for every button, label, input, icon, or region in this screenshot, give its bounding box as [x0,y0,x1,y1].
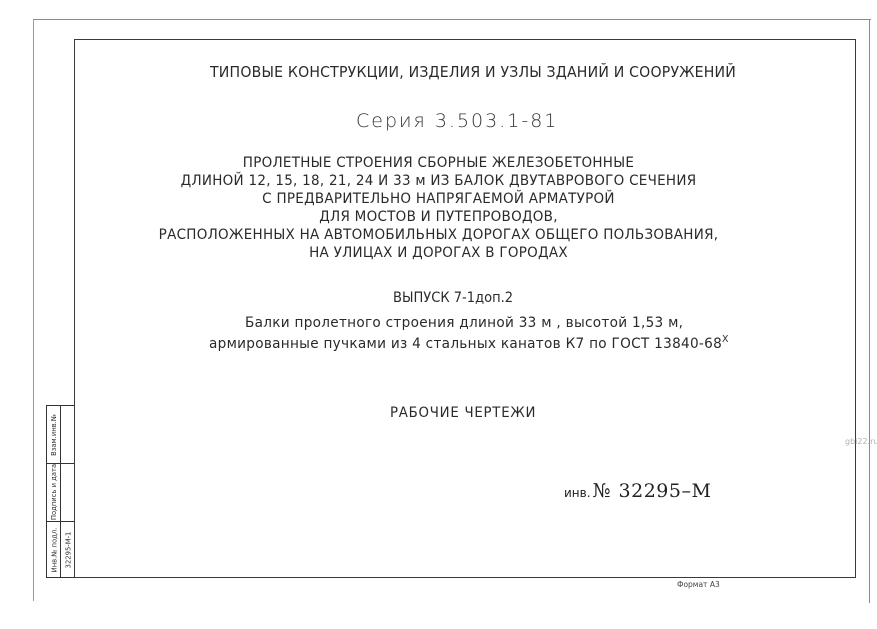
watermark: gbi22.ru [845,437,877,446]
side-stamp: Взам.инв.№ Подпись и дата Инв.№ подл. 32… [46,405,74,578]
description-line: РАСПОЛОЖЕННЫХ НА АВТОМОБИЛЬНЫХ ДОРОГАХ О… [31,227,847,243]
description-line: ДЛИНОЙ 12, 15, 18, 21, 24 И 33 м ИЗ БАЛО… [31,173,847,189]
series-number: Серия 3.503.1-81 [356,110,558,132]
issue-number: ВЫПУСК 7-1доп.2 [393,290,513,306]
stamp-label-original-inventory: Инв.№ подл. [47,521,61,578]
description-line: С ПРЕДВАРИТЕЛЬНО НАПРЯГАЕМОЙ АРМАТУРОЙ [31,191,847,207]
beams-description-line-1: Балки пролетного строения длиной 33 м , … [245,315,683,331]
outer-frame-right [869,19,870,603]
gost-superscript: X [722,334,729,345]
stamp-value-original-inventory: 32295-М-1 [61,521,75,578]
beams-description-text: армированные пучками из 4 стальных канат… [209,336,722,352]
inventory-number: инв.№32295–М [564,480,711,502]
outer-frame-top [33,19,871,20]
stamp-value-signature-date [61,463,75,521]
paper-format: Формат А3 [677,580,720,589]
stamp-label-replacement: Взам.инв.№ [47,406,61,463]
inventory-prefix: инв. [564,486,591,500]
inventory-value: 32295–М [619,480,712,502]
beams-description-line-2: армированные пучками из 4 стальных канат… [209,334,729,352]
description-line: ПРОЛЕТНЫЕ СТРОЕНИЯ СБОРНЫЕ ЖЕЛЕЗОБЕТОННЫ… [31,155,847,171]
description-line: ДЛЯ МОСТОВ И ПУТЕПРОВОДОВ, [31,209,847,225]
outer-frame-left [33,19,34,601]
document-header: ТИПОВЫЕ КОНСТРУКЦИИ, ИЗДЕЛИЯ И УЗЛЫ ЗДАН… [210,63,736,81]
number-sign: № [593,480,611,502]
stamp-value-replacement [61,406,75,463]
drawing-type: РАБОЧИЕ ЧЕРТЕЖИ [390,405,536,421]
stamp-label-signature-date: Подпись и дата [47,463,61,521]
description-line: НА УЛИЦАХ И ДОРОГАХ В ГОРОДАХ [31,245,847,261]
